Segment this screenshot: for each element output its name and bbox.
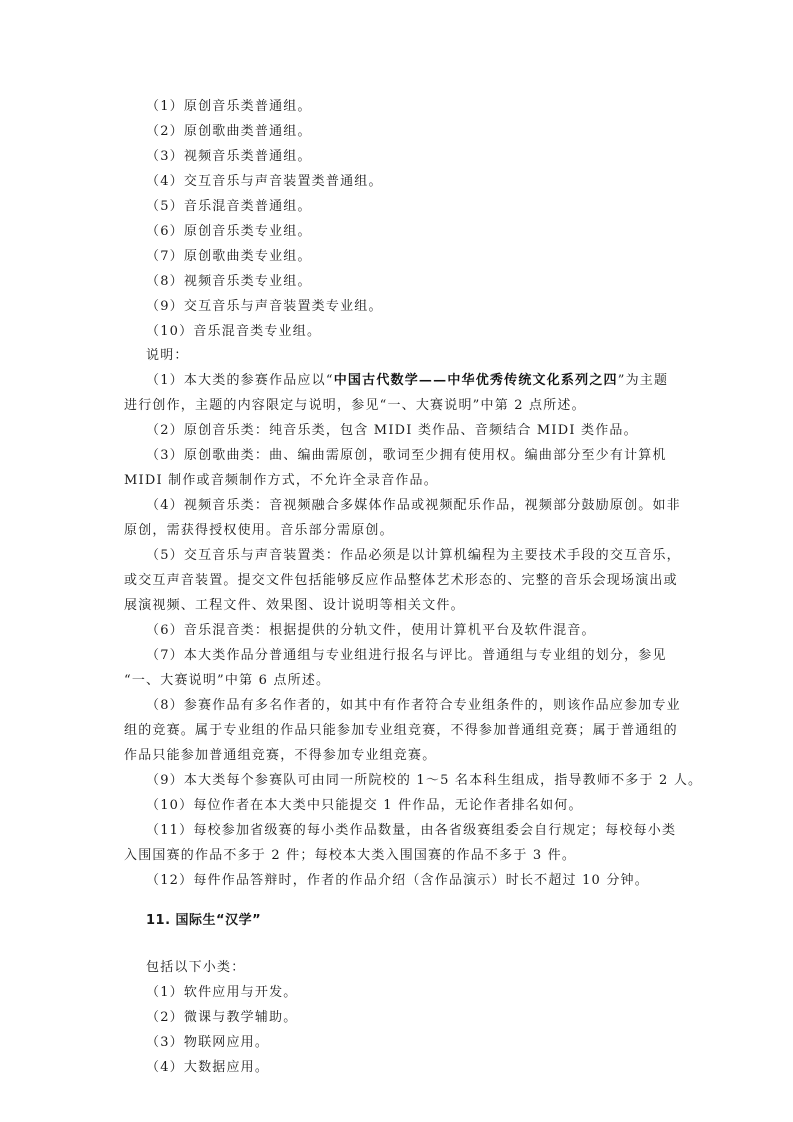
note-1-prefix: （1）本大类的参赛作品应以“	[146, 373, 334, 388]
note-2: （2）原创音乐类：纯音乐类，包含 MIDI 类作品、音频结合 MIDI 类作品。	[146, 423, 638, 439]
subcategory-item: （7）原创歌曲类专业组。	[146, 249, 312, 265]
note-5-line-3: 展演视频、工程文件、效果图、设计说明等相关文件。	[124, 598, 465, 614]
subcategory-item: （5）音乐混音类普通组。	[146, 199, 312, 215]
note-6: （6）音乐混音类：根据提供的分轨文件，使用计算机平台及软件混音。	[146, 623, 596, 639]
note-11-line-1: （11）每校参加省级赛的每小类作品数量，由各省级赛组委会自行规定；每校每小类	[146, 823, 676, 839]
note-5-line-2: 或交互声音装置。提交文件包括能够反应作品整体艺术形态的、完整的音乐会现场演出或	[124, 573, 678, 589]
section-item: （1）软件应用与开发。	[146, 985, 297, 1001]
note-5-line-1: （5）交互音乐与声音装置类：作品必须是以计算机编程为主要技术手段的交互音乐，	[146, 548, 681, 564]
note-9: （9）本大类每个参赛队可由同一所院校的 1～5 名本科生组成，指导教师不多于 2…	[146, 773, 702, 789]
note-4-line-1: （4）视频音乐类：音视频融合多媒体作品或视频配乐作品，视频部分鼓励原创。如非	[146, 498, 681, 514]
note-3-line-1: （3）原创歌曲类：曲、编曲需原创，歌词至少拥有使用权。编曲部分至少有计算机	[146, 448, 667, 464]
note-1-theme: 中国古代数学——中华优秀传统文化系列之四	[334, 373, 618, 388]
note-1-line-2: 进行创作，主题的内容限定与说明，参见“一、大赛说明”中第 2 点所述。	[124, 398, 586, 414]
note-8-line-2: 组的竞赛。属于专业组的作品只能参加专业组竞赛，不得参加普通组竞赛；属于普通组的	[124, 723, 678, 739]
subcategory-item: （10）音乐混音类专业组。	[146, 324, 321, 340]
section-heading: 11. 国际生“汉学”	[146, 913, 261, 929]
section-item: （3）物联网应用。	[146, 1035, 269, 1051]
subcategory-item: （1）原创音乐类普通组。	[146, 99, 312, 115]
note-10: （10）每位作者在本大类中只能提交 1 件作品，无论作者排名如何。	[146, 798, 583, 814]
note-8-line-1: （8）参赛作品有多名作者的，如其中有作者符合专业组条件的，则该作品应参加专业	[146, 698, 681, 714]
section-item: （4）大数据应用。	[146, 1060, 269, 1076]
note-8-line-3: 作品只能参加普通组竞赛，不得参加专业组竞赛。	[124, 748, 436, 764]
subcategory-item: （4）交互音乐与声音装置类普通组。	[146, 174, 383, 190]
note-1-line-1: （1）本大类的参赛作品应以“中国古代数学——中华优秀传统文化系列之四”为主题	[146, 373, 668, 389]
subcategory-item: （9）交互音乐与声音装置类专业组。	[146, 299, 383, 315]
subcategory-item: （6）原创音乐类专业组。	[146, 224, 312, 240]
subcategory-item: （3）视频音乐类普通组。	[146, 149, 312, 165]
note-12: （12）每件作品答辩时，作者的作品介绍（含作品演示）时长不超过 10 分钟。	[146, 873, 649, 889]
note-3-line-2: MIDI 制作或音频制作方式，不允许全录音作品。	[124, 473, 438, 489]
section-intro: 包括以下小类：	[146, 960, 245, 976]
section-item: （2）微课与教学辅助。	[146, 1010, 297, 1026]
notes-label: 说明：	[146, 348, 189, 364]
note-4-line-2: 原创，需获得授权使用。音乐部分需原创。	[124, 523, 394, 539]
note-1-suffix: ”为主题	[618, 373, 668, 388]
note-7-line-2: “一、大赛说明”中第 6 点所述。	[124, 673, 330, 689]
subcategory-item: （2）原创歌曲类普通组。	[146, 124, 312, 140]
note-11-line-2: 入围国赛的作品不多于 2 件；每校本大类入围国赛的作品不多于 3 件。	[124, 848, 576, 864]
note-7-line-1: （7）本大类作品分普通组与专业组进行报名与评比。普通组与专业组的划分，参见	[146, 648, 667, 664]
subcategory-item: （8）视频音乐类专业组。	[146, 274, 312, 290]
